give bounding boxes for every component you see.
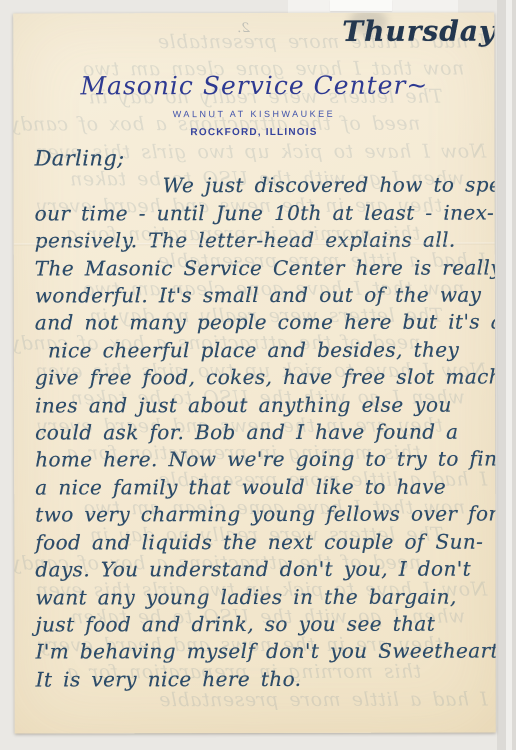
letter-line: food and liquids the next couple of Sun- [35, 528, 491, 556]
letterhead-org-name: Masonic Service Center~ [13, 70, 494, 100]
letterhead: Masonic Service Center~ WALNUT AT KISHWA… [13, 70, 494, 138]
org-name-flourish: ~ [406, 71, 427, 100]
letter-line: nice cheerful place and besides, they [35, 336, 491, 364]
letter-line: wonderful. It's small and out of the way [35, 282, 491, 310]
salutation-line: Darling; [35, 145, 491, 173]
letter-line: We just discovered how to spend [35, 172, 491, 200]
tape-tab [330, 0, 392, 11]
letter-line: The Masonic Service Center here is reall… [35, 254, 491, 282]
letterhead-street: WALNUT AT KISHWAUKEE [13, 108, 494, 119]
letter-line: give free food, cokes, have free slot ma… [35, 364, 491, 392]
letter-paper: I had a little more presentablenow that … [13, 12, 496, 733]
handwritten-day: Thursday [342, 14, 496, 47]
letter-line: ines and just about anything else you [35, 391, 491, 419]
letter-line: days. You understand don't you, I don't [35, 556, 491, 584]
org-name-text: Masonic Service Center [80, 71, 406, 101]
handwritten-letter-body: Darling;We just discovered how to spendo… [35, 145, 492, 694]
letter-line: could ask for. Bob and I have found a [35, 419, 491, 447]
letterhead-city: ROCKFORD, ILLINOIS [13, 126, 494, 138]
letter-line: and not many people come here but it's a [35, 309, 491, 337]
scanned-letter-page: { "scan": { "background_color": "#eae8e4… [0, 0, 516, 750]
letter-line: our time - until June 10th at least - in… [35, 199, 491, 227]
letter-line: home here. Now we're going to try to fin… [35, 446, 491, 474]
letter-line: I'm behaving myself don't you Sweetheart… [36, 638, 492, 666]
scan-edge-highlight [506, 0, 512, 750]
letter-line: pensively. The letter-head explains all. [35, 227, 491, 255]
letter-line: two very charming young fellows over for [35, 501, 491, 529]
letter-line: a nice family that would like to have [35, 473, 491, 501]
ghost-page-number: 2. [237, 21, 249, 36]
letter-line: It is very nice here tho. [36, 665, 492, 693]
letter-line: want any young ladies in the bargain, [35, 583, 491, 611]
letter-line: just food and drink, so you see that [35, 610, 491, 638]
